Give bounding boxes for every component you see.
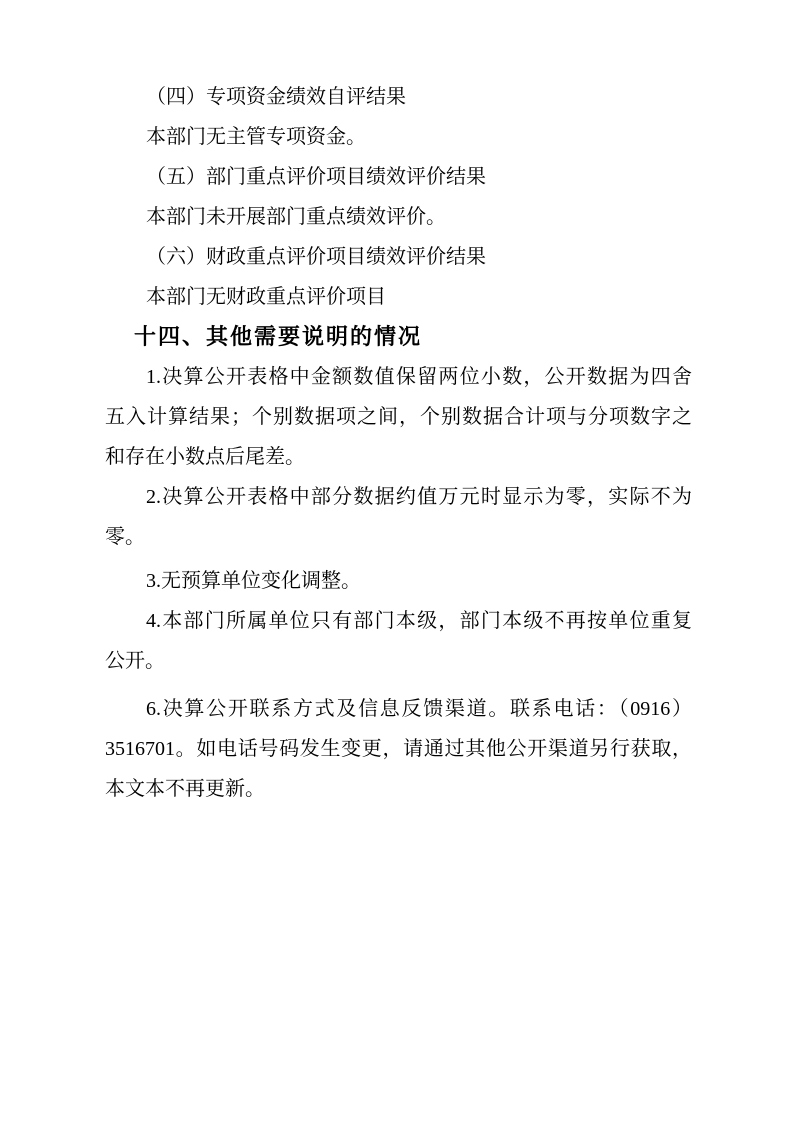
document-page: （四）专项资金绩效自评结果 本部门无主管专项资金。 （五）部门重点评价项目绩效评… — [0, 0, 793, 1122]
note-1-line-1: 1.决算公开表格中金额数值保留两位小数，公开数据为四舍 — [105, 357, 692, 397]
note-6-line-3: 本文本不再更新。 — [105, 769, 692, 809]
note-4-line-1: 4.本部门所属单位只有部门本级，部门本级不再按单位重复 — [105, 601, 692, 641]
subsection-heading-four: （四）专项资金绩效自评结果 — [105, 77, 692, 117]
paragraph-no-dept-evaluation: 本部门未开展部门重点绩效评价。 — [105, 197, 692, 237]
document-body: （四）专项资金绩效自评结果 本部门无主管专项资金。 （五）部门重点评价项目绩效评… — [105, 77, 692, 809]
note-6-line-2: 3516701。如电话号码发生变更，请通过其他公开渠道另行获取， — [105, 729, 692, 769]
note-2-line-2: 零。 — [105, 517, 692, 557]
note-6-line-1: 6.决算公开联系方式及信息反馈渠道。联系电话：（0916） — [105, 689, 692, 729]
paragraph-no-special-funds: 本部门无主管专项资金。 — [105, 117, 692, 157]
subsection-heading-five: （五）部门重点评价项目绩效评价结果 — [105, 157, 692, 197]
note-1-line-2: 五入计算结果；个别数据项之间，个别数据合计项与分项数字之 — [105, 397, 692, 437]
note-2-line-1: 2.决算公开表格中部分数据约值万元时显示为零，实际不为 — [105, 477, 692, 517]
note-4-line-2: 公开。 — [105, 641, 692, 681]
paragraph-no-finance-evaluation: 本部门无财政重点评价项目 — [105, 277, 692, 317]
note-1-line-3: 和存在小数点后尾差。 — [105, 437, 692, 477]
section-heading-fourteen: 十四、其他需要说明的情况 — [105, 317, 692, 357]
subsection-heading-six: （六）财政重点评价项目绩效评价结果 — [105, 237, 692, 277]
note-3: 3.无预算单位变化调整。 — [105, 561, 692, 601]
